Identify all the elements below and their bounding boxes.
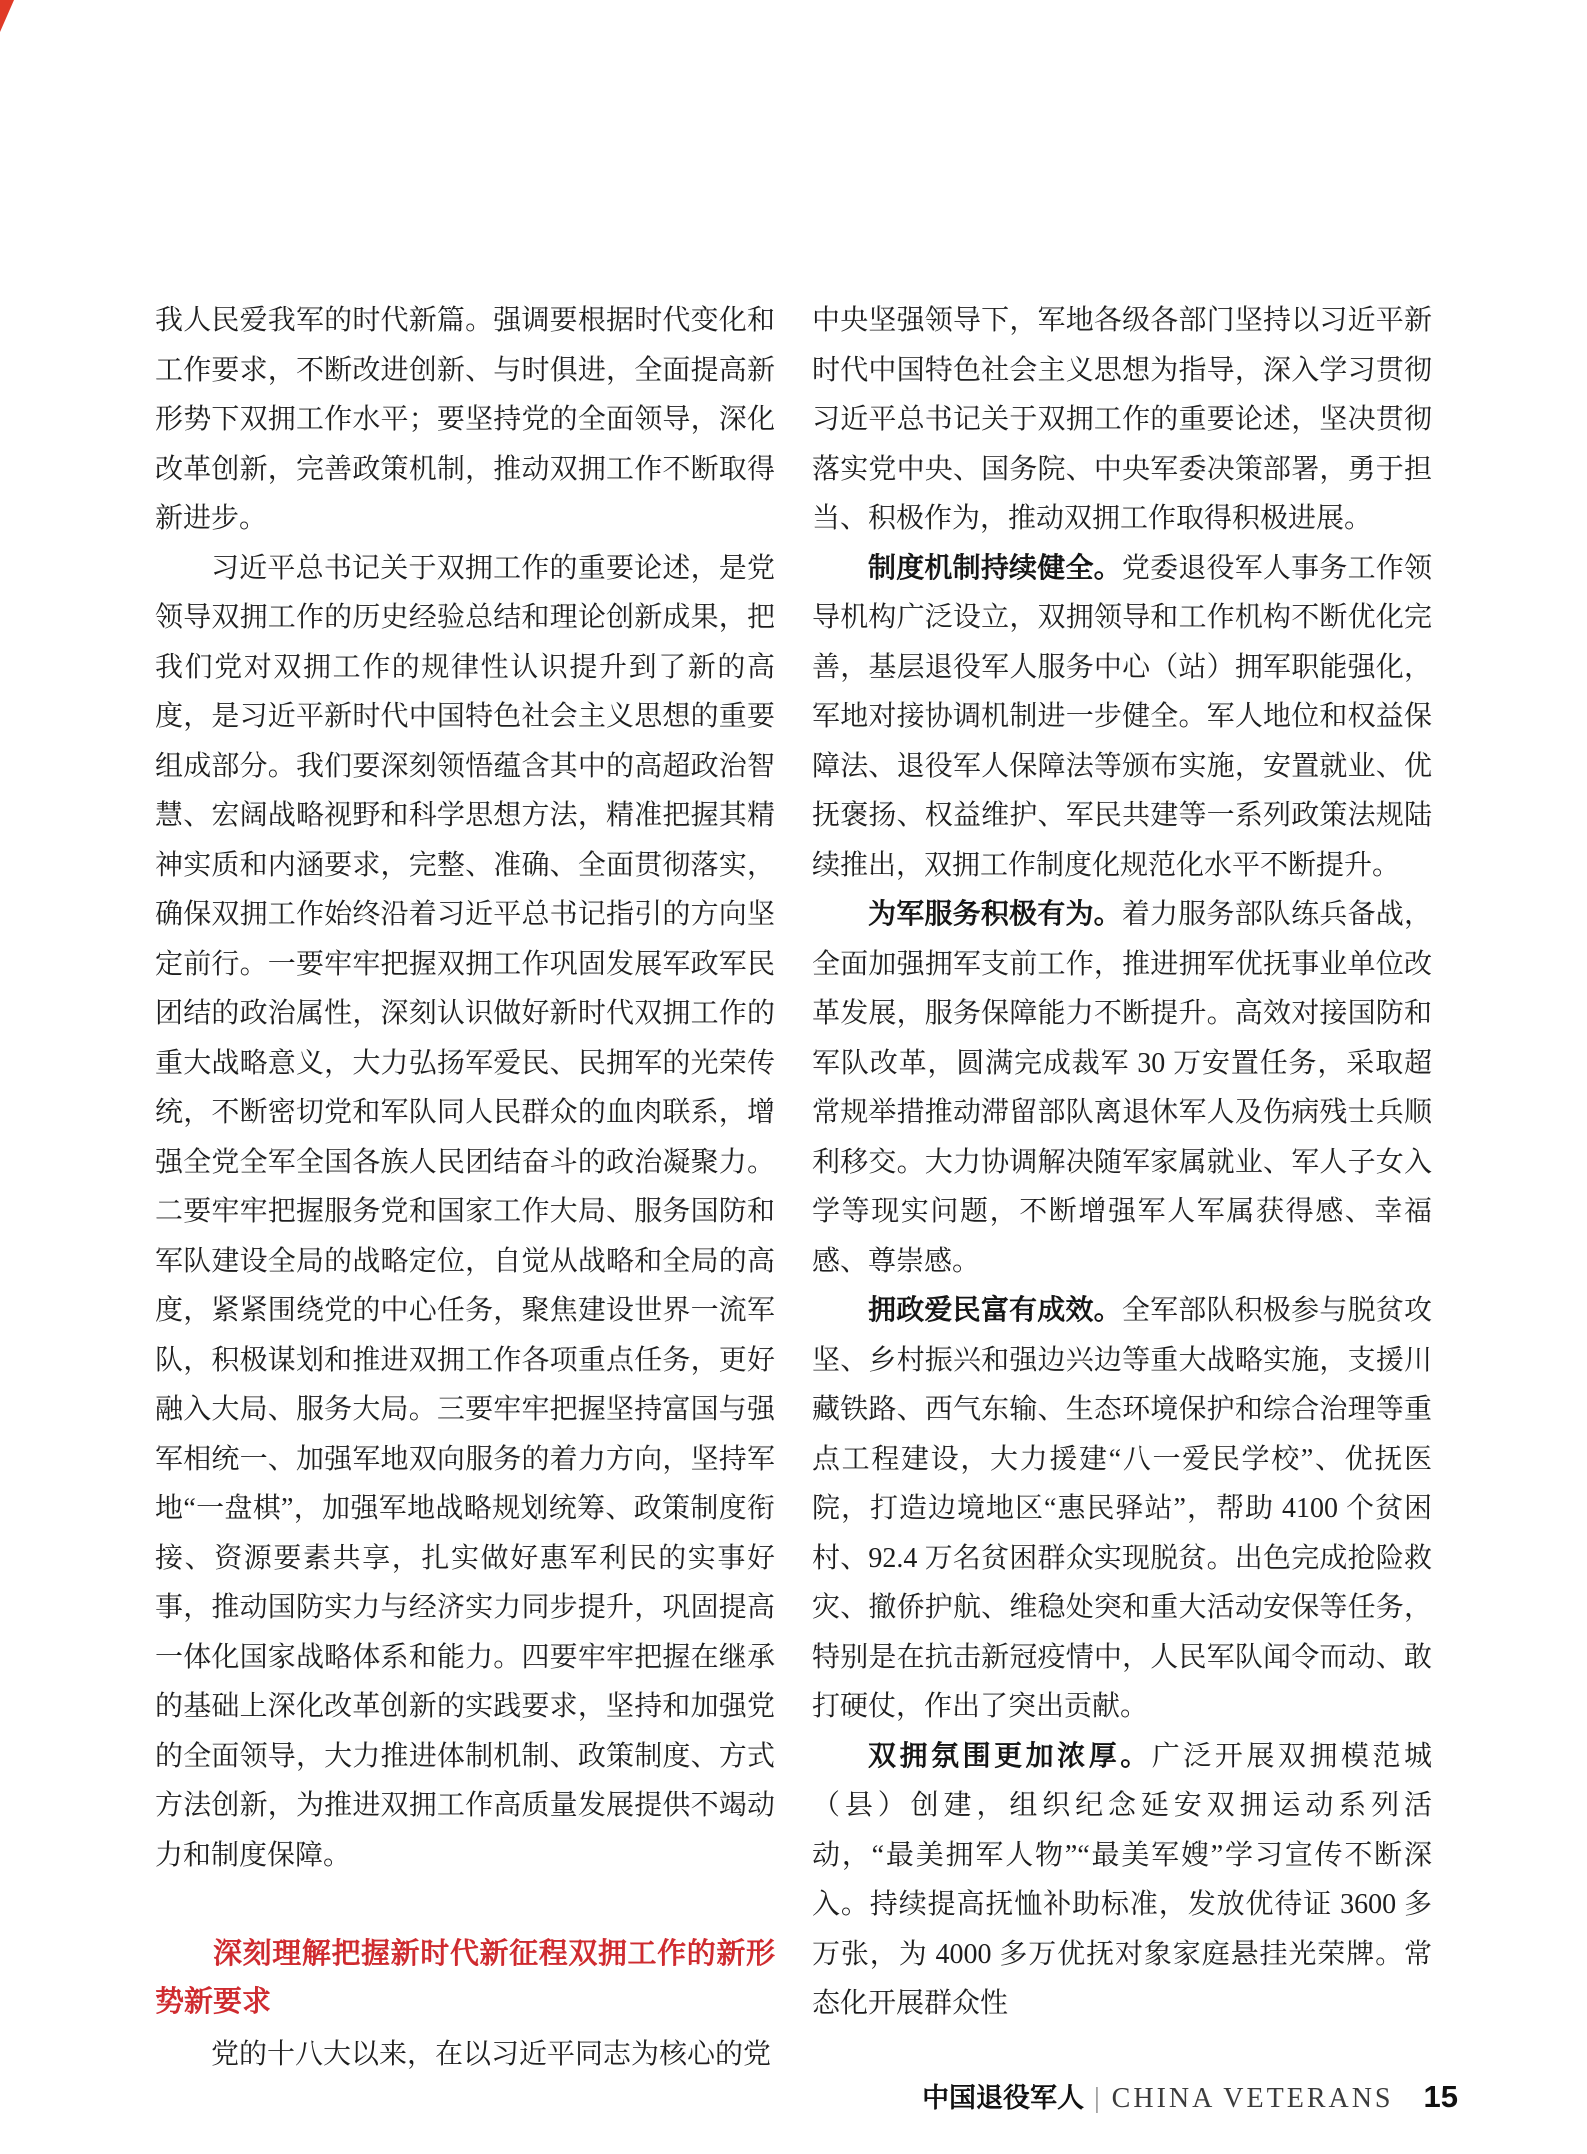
paragraph: 制度机制持续健全。党委退役军人事务工作领导机构广泛设立，双拥领导和工作机构不断优…: [812, 544, 1432, 891]
paragraph-continuation: 中央坚强领导下，军地各级各部门坚持以习近平新时代中国特色社会主义思想为指导，深入…: [812, 296, 1432, 544]
paragraph-lead: 双拥氛围更加浓厚。: [868, 1741, 1152, 1772]
paragraph: 双拥氛围更加浓厚。广泛开展双拥模范城（县）创建，组织纪念延安双拥运动系列活动，“…: [812, 1732, 1432, 2029]
page-number: 15: [1424, 2079, 1458, 2115]
paragraph: 习近平总书记关于双拥工作的重要论述，是党领导双拥工作的历史经验总结和理论创新成果…: [155, 544, 775, 1881]
paragraph-lead: 拥政爱民富有成效。: [868, 1295, 1122, 1326]
page-footer: 中国退役军人 | CHINA VETERANS 15: [155, 2076, 1458, 2115]
paragraph-text: 广泛开展双拥模范城（县）创建，组织纪念延安双拥运动系列活动，“最美拥军人物”“最…: [812, 1741, 1432, 2020]
corner-accent-mark: [0, 0, 14, 32]
footer-divider: |: [1094, 2083, 1100, 2115]
paragraph-text: 全军部队积极参与脱贫攻坚、乡村振兴和强边兴边等重大战略实施，支援川藏铁路、西气东…: [812, 1295, 1432, 1722]
paragraph-text: 党委退役军人事务工作领导机构广泛设立，双拥领导和工作机构不断优化完善，基层退役军…: [812, 553, 1432, 881]
paragraph-continuation: 我人民爱我军的时代新篇。强调要根据时代变化和工作要求，不断改进创新、与时俱进，全…: [155, 296, 775, 544]
section-heading: 深刻理解把握新时代新征程双拥工作的新形势新要求: [155, 1930, 775, 2026]
magazine-title-en: CHINA VETERANS: [1112, 2083, 1394, 2115]
magazine-page: 我人民爱我军的时代新篇。强调要根据时代变化和工作要求，不断改进创新、与时俱进，全…: [0, 0, 1587, 2154]
paragraph-lead: 为军服务积极有为。: [868, 899, 1122, 930]
left-column: 我人民爱我军的时代新篇。强调要根据时代变化和工作要求，不断改进创新、与时俱进，全…: [155, 296, 775, 2080]
paragraph-text: 着力服务部队练兵备战，全面加强拥军支前工作，推进拥军优抚事业单位改革发展，服务保…: [812, 899, 1432, 1277]
paragraph: 拥政爱民富有成效。全军部队积极参与脱贫攻坚、乡村振兴和强边兴边等重大战略实施，支…: [812, 1286, 1432, 1732]
paragraph: 为军服务积极有为。着力服务部队练兵备战，全面加强拥军支前工作，推进拥军优抚事业单…: [812, 890, 1432, 1286]
magazine-title-cn: 中国退役军人: [922, 2076, 1084, 2115]
paragraph: 党的十八大以来，在以习近平同志为核心的党: [155, 2030, 775, 2080]
right-column: 中央坚强领导下，军地各级各部门坚持以习近平新时代中国特色社会主义思想为指导，深入…: [812, 296, 1432, 2029]
paragraph-lead: 制度机制持续健全。: [868, 553, 1122, 584]
